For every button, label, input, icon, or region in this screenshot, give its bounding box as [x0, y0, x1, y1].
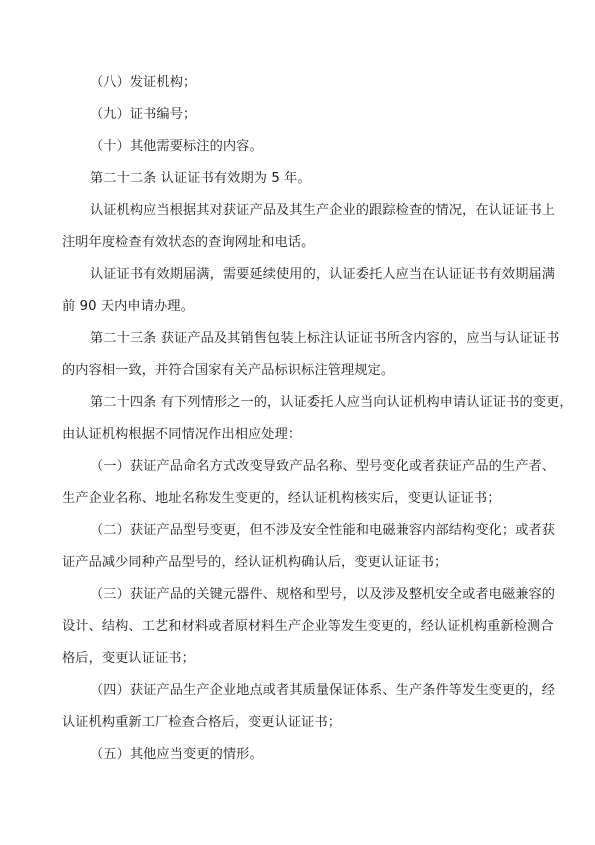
article-23-line-2: 的内容相一致，并符合国家有关产品标识标注管理规定。 — [62, 361, 532, 381]
paragraph-renewal-line-2: 前 90 天内申请办理。 — [62, 297, 532, 317]
article-24-line-2: 由认证机构根据不同情况作出相应处理： — [62, 425, 532, 445]
change-item-2-line-1: （二）获证产品型号变更，但不涉及安全性能和电磁兼容内部结构变化；或者获 — [90, 521, 560, 541]
article-22-heading: 第二十二条 认证证书有效期为 5 年。 — [90, 169, 560, 189]
change-item-1-line-2: 生产企业名称、地址名称发生变更的，经认证机构核实后，变更认证证书； — [62, 489, 532, 509]
change-item-3-line-3: 格后，变更认证证书； — [62, 649, 532, 669]
document-page: （八）发证机构； （九）证书编号； （十）其他需要标注的内容。 第二十二条 认证… — [0, 0, 595, 845]
list-item-certificate-number: （九）证书编号； — [90, 105, 560, 125]
change-item-2-line-2: 证产品减少同种产品型号的，经认证机构确认后，变更认证证书； — [62, 553, 532, 573]
change-item-4-line-1: （四）获证产品生产企业地点或者其质量保证体系、生产条件等发生变更的，经 — [90, 681, 560, 701]
change-item-5: （五）其他应当变更的情形。 — [90, 745, 560, 765]
list-item-other-content: （十）其他需要标注的内容。 — [90, 137, 560, 157]
change-item-4-line-2: 认证机构重新工厂检查合格后，变更认证证书； — [62, 713, 532, 733]
article-24-line-1: 第二十四条 有下列情形之一的，认证委托人应当向认证机构申请认证证书的变更， — [90, 393, 560, 413]
change-item-3-line-1: （三）获证产品的关键元器件、规格和型号，以及涉及整机安全或者电磁兼容的 — [90, 585, 560, 605]
paragraph-renewal-line-1: 认证证书有效期届满，需要延续使用的，认证委托人应当在认证证书有效期届满 — [90, 265, 560, 285]
paragraph-annual-check-line-2: 注明年度检查有效状态的查询网址和电话。 — [62, 233, 532, 253]
change-item-3-line-2: 设计、结构、工艺和材料或者原材料生产企业等发生变更的，经认证机构重新检测合 — [62, 617, 532, 637]
article-23-line-1: 第二十三条 获证产品及其销售包装上标注认证证书所含内容的，应当与认证证书 — [90, 329, 560, 349]
paragraph-annual-check-line-1: 认证机构应当根据其对获证产品及其生产企业的跟踪检查的情况，在认证证书上 — [90, 201, 560, 221]
change-item-1-line-1: （一）获证产品命名方式改变导致产品名称、型号变化或者获证产品的生产者、 — [90, 457, 560, 477]
list-item-issuing-body: （八）发证机构； — [90, 73, 560, 93]
